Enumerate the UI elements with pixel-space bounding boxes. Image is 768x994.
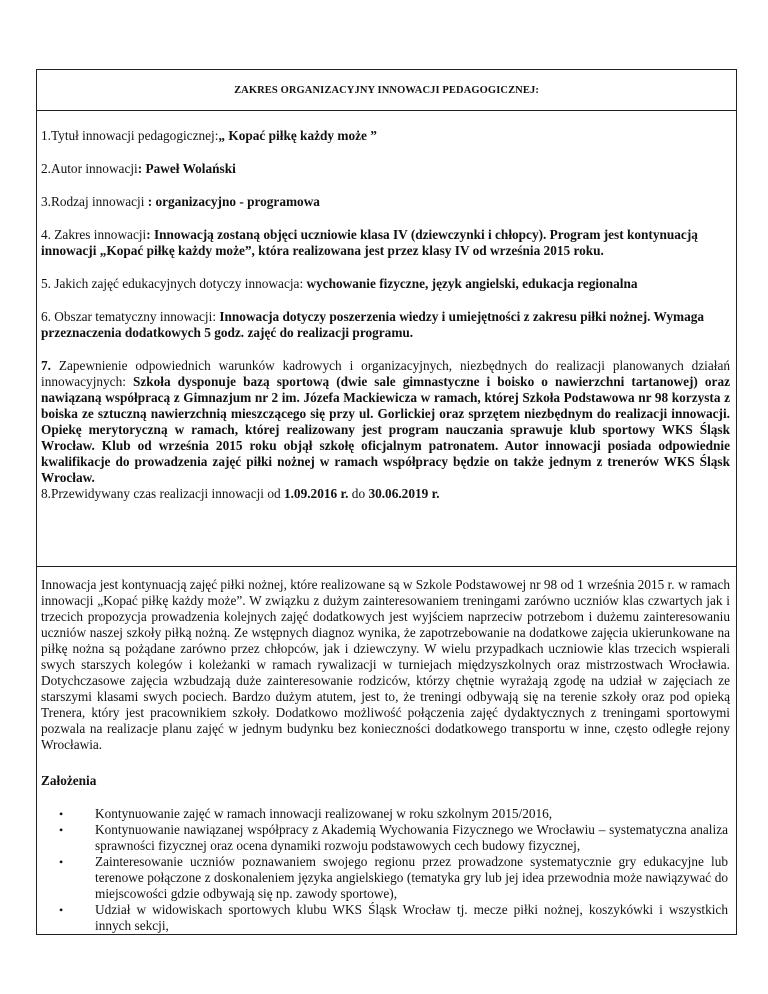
detail-conditions: 7. Zapewnienie odpowiednich warunków kad…	[41, 341, 730, 486]
bullet-dot-icon: •	[59, 854, 63, 870]
document-title: ZAKRES ORGANIZACYJNY INNOWACJI PEDAGOGIC…	[234, 85, 539, 96]
detail-duration-middle: do	[348, 486, 368, 501]
description-row: Innowacja jest kontynuacją zajęć piłki n…	[37, 567, 736, 934]
list-item-text: Udział w widowiskach sportowych klubu WK…	[95, 902, 728, 933]
list-item: •Udział w widowiskach sportowych klubu W…	[95, 902, 730, 934]
detail-type-value: : organizacyjno - programowa	[144, 194, 320, 209]
detail-subjects-value: wychowanie fizyczne, język angielski, ed…	[306, 276, 637, 291]
list-item-text: Kontynuowanie zajęć w ramach innowacji r…	[95, 806, 552, 821]
detail-duration-label: 8.Przewidywany czas realizacji innowacji…	[41, 486, 284, 501]
list-item-text: Kontynuowanie nawiązanej współpracy z Ak…	[95, 822, 728, 853]
detail-title-label: 1.Tytuł innowacji pedagogicznej:	[41, 128, 218, 143]
table-header-row: ZAKRES ORGANIZACYJNY INNOWACJI PEDAGOGIC…	[37, 70, 736, 111]
bullet-dot-icon: •	[59, 806, 63, 822]
detail-author-label: 2.Autor innowacji	[41, 161, 138, 176]
detail-title-value: „ Kopać piłkę każdy może ”	[218, 128, 376, 143]
list-item: •Kontynuowanie zajęć w ramach innowacji …	[95, 806, 730, 822]
detail-title: 1.Tytuł innowacji pedagogicznej:„ Kopać …	[41, 111, 730, 144]
list-item-text: Zainteresowanie uczniów poznawaniem swoj…	[95, 854, 728, 901]
details-row: 1.Tytuł innowacji pedagogicznej:„ Kopać …	[37, 111, 736, 567]
detail-type-label: 3.Rodzaj innowacji	[41, 194, 144, 209]
detail-conditions-value: Szkoła dysponuje bazą sportową (dwie sal…	[41, 374, 730, 485]
detail-subjects: 5. Jakich zajęć edukacyjnych dotyczy inn…	[41, 259, 730, 292]
detail-thematic-area-label: 6. Obszar tematyczny innowacji:	[41, 309, 219, 324]
description-paragraph: Innowacja jest kontynuacją zajęć piłki n…	[41, 577, 730, 753]
detail-duration-to: 30.06.2019 r.	[368, 486, 439, 501]
assumptions-list: •Kontynuowanie zajęć w ramach innowacji …	[41, 806, 730, 934]
detail-duration-from: 1.09.2016 r.	[284, 486, 349, 501]
detail-duration: 8.Przewidywany czas realizacji innowacji…	[41, 486, 730, 502]
detail-author: 2.Autor innowacji: Paweł Wolański	[41, 144, 730, 177]
detail-conditions-number: 7.	[41, 358, 51, 373]
list-item: •Kontynuowanie nawiązanej współpracy z A…	[95, 822, 730, 854]
detail-type: 3.Rodzaj innowacji : organizacyjno - pro…	[41, 177, 730, 210]
bullet-dot-icon: •	[59, 822, 63, 838]
assumptions-heading: Założenia	[41, 773, 730, 789]
list-item: •Zainteresowanie uczniów poznawaniem swo…	[95, 854, 730, 902]
detail-subjects-label: 5. Jakich zajęć edukacyjnych dotyczy inn…	[41, 276, 306, 291]
detail-scope: 4. Zakres innowacji: Innowacją zostaną o…	[41, 210, 730, 259]
detail-thematic-area: 6. Obszar tematyczny innowacji: Innowacj…	[41, 292, 730, 341]
bullet-dot-icon: •	[59, 902, 63, 918]
innovation-scope-table: ZAKRES ORGANIZACYJNY INNOWACJI PEDAGOGIC…	[36, 69, 737, 935]
detail-author-value: : Paweł Wolański	[138, 161, 236, 176]
detail-scope-label: 4. Zakres innowacji	[41, 227, 146, 242]
